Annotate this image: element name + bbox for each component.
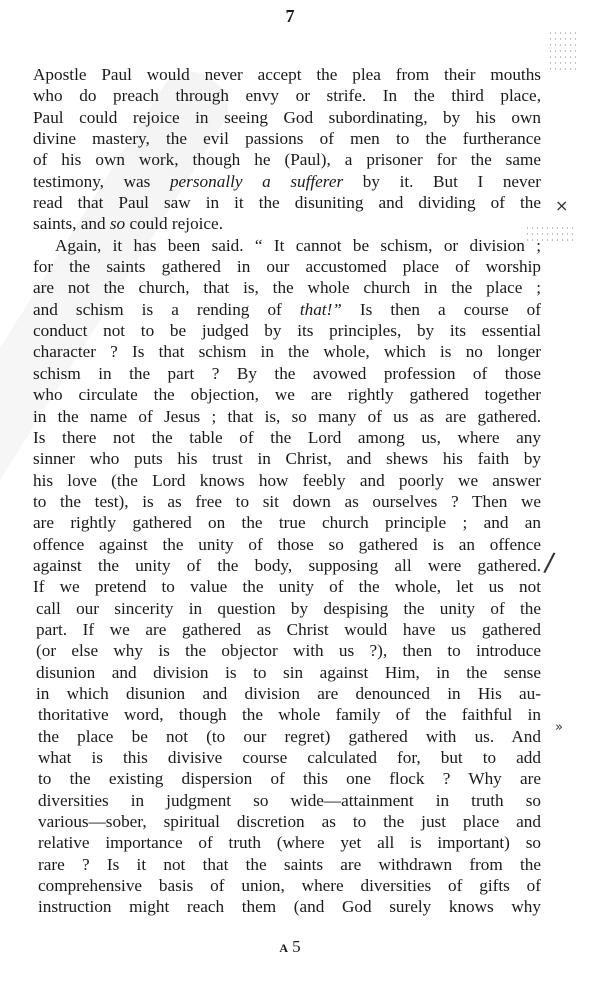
text-line: the place be not (to our regret) gathere… [33, 726, 541, 747]
text-line: call our sincerity in question by despis… [33, 598, 541, 619]
text-line: comprehensive basis of union, where dive… [33, 875, 541, 896]
text-line: various—sober, spiritual discretion as t… [33, 811, 541, 832]
text-line: who circulate the objection, we are righ… [33, 384, 541, 405]
text-line: and schism is a rending of that!” Is the… [33, 299, 541, 320]
text-line: read that Paul saw in it the disuniting … [33, 192, 541, 213]
text-line: saints, and so could rejoice. [33, 213, 541, 234]
text-line: his love (the Lord knows how feebly and … [33, 470, 541, 491]
signature-mark: A5 [0, 937, 580, 957]
italic-emphasis: that!” [300, 300, 342, 319]
text-span: testimony, was [33, 172, 170, 191]
text-line: conduct not to be judged by its principl… [33, 320, 541, 341]
text-span: saints, and [33, 214, 110, 233]
margin-cross-mark: × [555, 196, 568, 215]
text-line: relative importance of truth (where yet … [33, 832, 541, 853]
text-line: against the unity of the body, supposing… [33, 555, 541, 576]
margin-slash-mark: / [542, 547, 556, 578]
margin-speckle [525, 225, 575, 245]
text-span: Is then a course of [342, 300, 541, 319]
text-line: are rightly gathered on the true church … [33, 512, 541, 533]
text-line: (or else why is the objector with us ?),… [33, 640, 541, 661]
text-line: to the test), is as free to sit down as … [33, 491, 541, 512]
text-line: offence against the unity of those so ga… [33, 534, 541, 555]
text-line: who do preach through envy or strife. In… [33, 85, 541, 106]
text-line: divine mastery, the evil passions of men… [33, 128, 541, 149]
page-number: 7 [0, 6, 580, 27]
signature-number: 5 [292, 937, 301, 956]
text-line: If we pretend to value the unity of the … [33, 576, 541, 597]
text-line: character ? Is that schism in the whole,… [33, 341, 541, 362]
text-line: thoritative word, though the whole famil… [33, 704, 541, 725]
italic-emphasis: so [110, 214, 125, 233]
text-line: diversities in judgment so wide—attainme… [33, 790, 541, 811]
text-span: by it. But I never [343, 172, 541, 191]
text-line: Is there not the table of the Lord among… [33, 427, 541, 448]
margin-speckle [548, 30, 578, 70]
text-line: Apostle Paul would never accept the plea… [33, 64, 541, 85]
text-span: could rejoice. [125, 214, 223, 233]
text-line: Paul could rejoice in seeing God subordi… [33, 107, 541, 128]
paragraph-start-line: Again, it has been said. “ It cannot be … [33, 235, 541, 256]
margin-tick-mark: » [555, 720, 563, 735]
text-line: part. If we are gathered as Christ would… [33, 619, 541, 640]
text-line: of his own work, though he (Paul), a pri… [33, 149, 541, 170]
text-line: in which disunion and division are denou… [33, 683, 541, 704]
text-line: what is this divisive course calculated … [33, 747, 541, 768]
text-line: for the saints gathered in our accustome… [33, 256, 541, 277]
signature-letter: A [279, 941, 288, 955]
text-line: to the existing dispersion of this one f… [33, 768, 541, 789]
text-line: disunion and division is to sin against … [33, 662, 541, 683]
italic-emphasis: personally a sufferer [170, 172, 343, 191]
text-line: rare ? Is it not that the saints are wit… [33, 854, 541, 875]
text-line: are not the church, that is, the whole c… [33, 277, 541, 298]
text-line: schism in the part ? By the avowed profe… [33, 363, 541, 384]
body-text: Apostle Paul would never accept the plea… [33, 64, 541, 918]
text-line: sinner who puts his trust in Christ, and… [33, 448, 541, 469]
document-page: 7 Apostle Paul would never accept the pl… [0, 0, 600, 995]
text-line: testimony, was personally a sufferer by … [33, 171, 541, 192]
text-line: in the name of Jesus ; that is, so many … [33, 406, 541, 427]
text-line: instruction might reach them (and God su… [33, 896, 541, 917]
text-span: and schism is a rending of [33, 300, 300, 319]
